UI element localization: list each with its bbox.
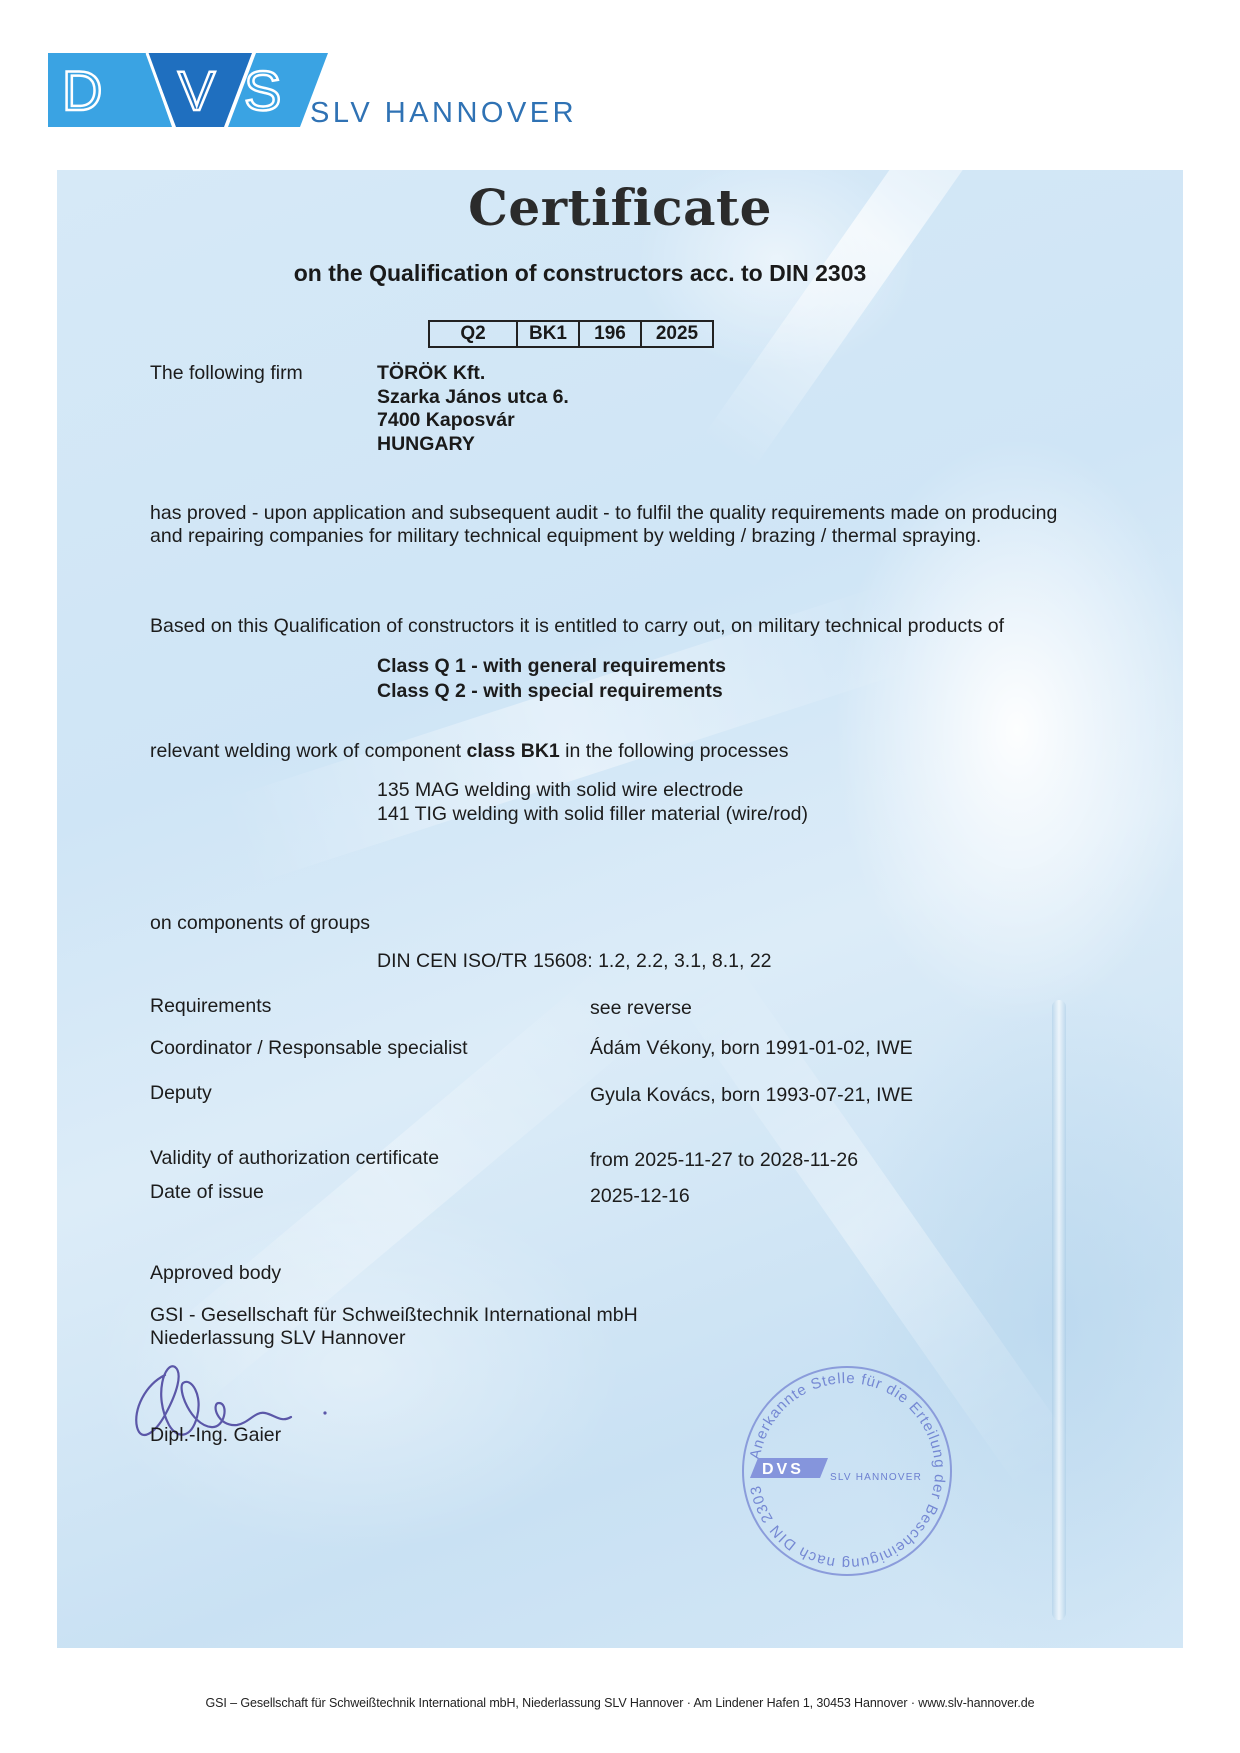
- groups-value: DIN CEN ISO/TR 15608: 1.2, 2.2, 3.1, 8.1…: [377, 950, 772, 973]
- firm-street: Szarka János utca 6.: [377, 386, 569, 410]
- logo-subtitle: SLV HANNOVER: [310, 97, 577, 130]
- work-scope-prefix: relevant welding work of component: [150, 740, 467, 762]
- detail-value-coordinator: Ádám Vékony, born 1991-01-02, IWE: [590, 1037, 913, 1060]
- firm-label: The following firm: [150, 362, 303, 385]
- cert-number-year: 2025: [642, 322, 712, 346]
- dvs-logo-mark: D V S: [48, 53, 328, 127]
- approved-body: GSI - Gesellschaft für Schweißtechnik In…: [150, 1304, 638, 1350]
- svg-text:D: D: [62, 59, 102, 122]
- process-item: 141 TIG welding with solid filler materi…: [377, 802, 808, 826]
- signer-name: Dipl.-Ing. Gaier: [150, 1424, 281, 1447]
- detail-label-deputy: Deputy: [150, 1082, 212, 1105]
- certificate-number: Q2 BK1 196 2025: [428, 320, 714, 348]
- work-scope: relevant welding work of component class…: [150, 740, 788, 763]
- approved-body-branch: Niederlassung SLV Hannover: [150, 1327, 638, 1350]
- decorative-welding-rod: [1052, 1000, 1066, 1620]
- cert-number-class: Q2: [430, 322, 518, 346]
- work-scope-class: class BK1: [467, 740, 560, 762]
- official-stamp: Anerkannte Stelle für die Erteilung der …: [738, 1362, 956, 1580]
- footer-address: GSI – Gesellschaft für Schweißtechnik In…: [0, 1696, 1240, 1710]
- entitlement-intro: Based on this Qualification of construct…: [150, 615, 1004, 638]
- class-q2: Class Q 2 - with special requirements: [377, 679, 726, 704]
- process-item: 135 MAG welding with solid wire electrod…: [377, 778, 808, 802]
- svg-text:SLV HANNOVER: SLV HANNOVER: [830, 1472, 922, 1483]
- svg-text:S: S: [244, 59, 281, 122]
- cert-number-serial: 196: [580, 322, 642, 346]
- svg-text:DVS: DVS: [762, 1461, 804, 1478]
- detail-value-validity: from 2025-11-27 to 2028-11-26: [590, 1149, 858, 1172]
- certificate-title: Certificate: [0, 178, 1240, 237]
- dvs-slv-hannover-logo: D V S SLV HANNOVER: [48, 53, 548, 127]
- detail-value-requirements: see reverse: [590, 997, 692, 1020]
- detail-label-issue-date: Date of issue: [150, 1181, 264, 1204]
- work-scope-suffix: in the following processes: [560, 740, 789, 762]
- approved-body-name: GSI - Gesellschaft für Schweißtechnik In…: [150, 1304, 638, 1327]
- firm-country: HUNGARY: [377, 433, 569, 457]
- class-list: Class Q 1 - with general requirements Cl…: [377, 654, 726, 704]
- groups-label: on components of groups: [150, 912, 370, 935]
- process-list: 135 MAG welding with solid wire electrod…: [377, 778, 808, 826]
- firm-city: 7400 Kaposvár: [377, 409, 569, 433]
- detail-label-requirements: Requirements: [150, 995, 271, 1018]
- detail-value-deputy: Gyula Kovács, born 1993-07-21, IWE: [590, 1084, 913, 1107]
- detail-label-validity: Validity of authorization certificate: [150, 1147, 439, 1170]
- detail-label-coordinator: Coordinator / Responsable specialist: [150, 1037, 468, 1060]
- firm-address: TÖRÖK Kft. Szarka János utca 6. 7400 Kap…: [377, 362, 569, 456]
- detail-value-issue-date: 2025-12-16: [590, 1185, 690, 1208]
- qualification-statement: has proved - upon application and subseq…: [150, 502, 1090, 548]
- svg-text:V: V: [178, 59, 216, 122]
- class-q1: Class Q 1 - with general requirements: [377, 654, 726, 679]
- firm-name: TÖRÖK Kft.: [377, 362, 569, 386]
- cert-number-component: BK1: [518, 322, 580, 346]
- certificate-subtitle: on the Qualification of constructors acc…: [0, 260, 1160, 287]
- approved-body-label: Approved body: [150, 1262, 281, 1285]
